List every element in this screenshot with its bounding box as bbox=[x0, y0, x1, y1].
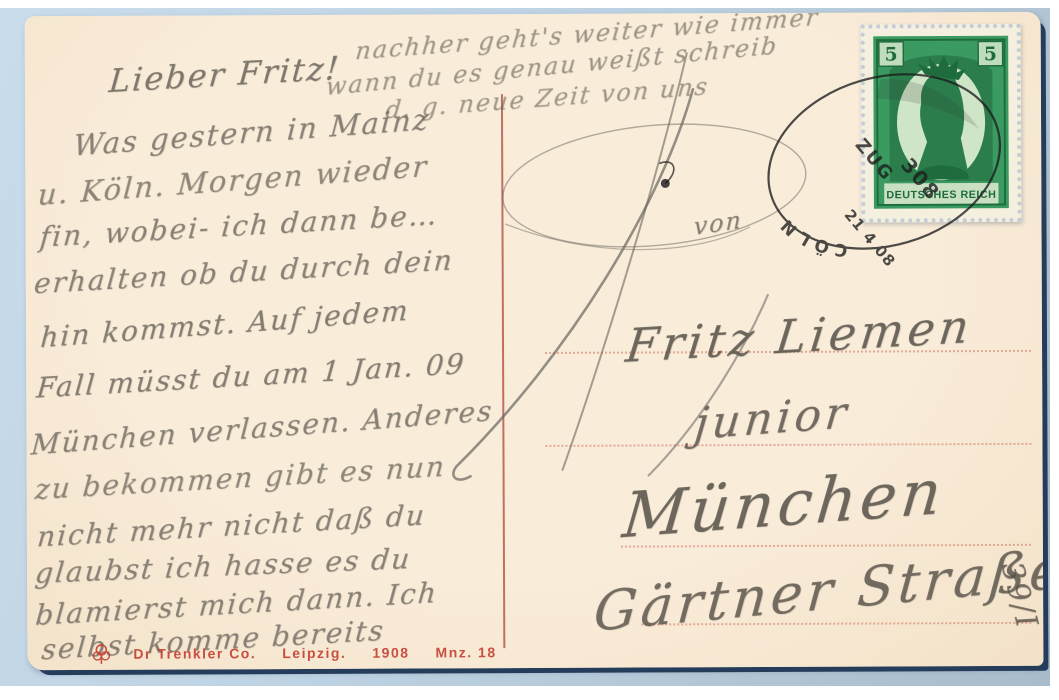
postmark: CÖLN ZUG 308 21 4 08 bbox=[742, 48, 1027, 297]
publisher-imprint: Dr Trenkler Co. Leipzig. 1908 Mnz. 18 bbox=[91, 641, 522, 665]
pencil-flourish-and-postmark: CÖLN ZUG 308 21 4 08 bbox=[25, 12, 1044, 670]
postcard-scan: Lieber Fritz! Was gestern in Mainz u. Kö… bbox=[0, 0, 1059, 700]
imprint-year: 1908 bbox=[372, 645, 409, 661]
postmark-train-label: ZUG bbox=[851, 135, 898, 186]
postmark-train-number: 308 bbox=[896, 153, 945, 205]
imprint-city: Leipzig. bbox=[282, 645, 346, 661]
publisher-logo-icon bbox=[91, 643, 111, 665]
svg-text:CÖLN: CÖLN bbox=[771, 198, 854, 277]
imprint-series: Mnz. 18 bbox=[435, 644, 496, 660]
postcard-back: Lieber Fritz! Was gestern in Mainz u. Kö… bbox=[25, 12, 1044, 670]
postmark-date: 21 4 08 bbox=[841, 206, 900, 271]
postmark-town: CÖLN bbox=[771, 198, 854, 277]
imprint-publisher: Dr Trenkler Co. bbox=[133, 645, 256, 662]
